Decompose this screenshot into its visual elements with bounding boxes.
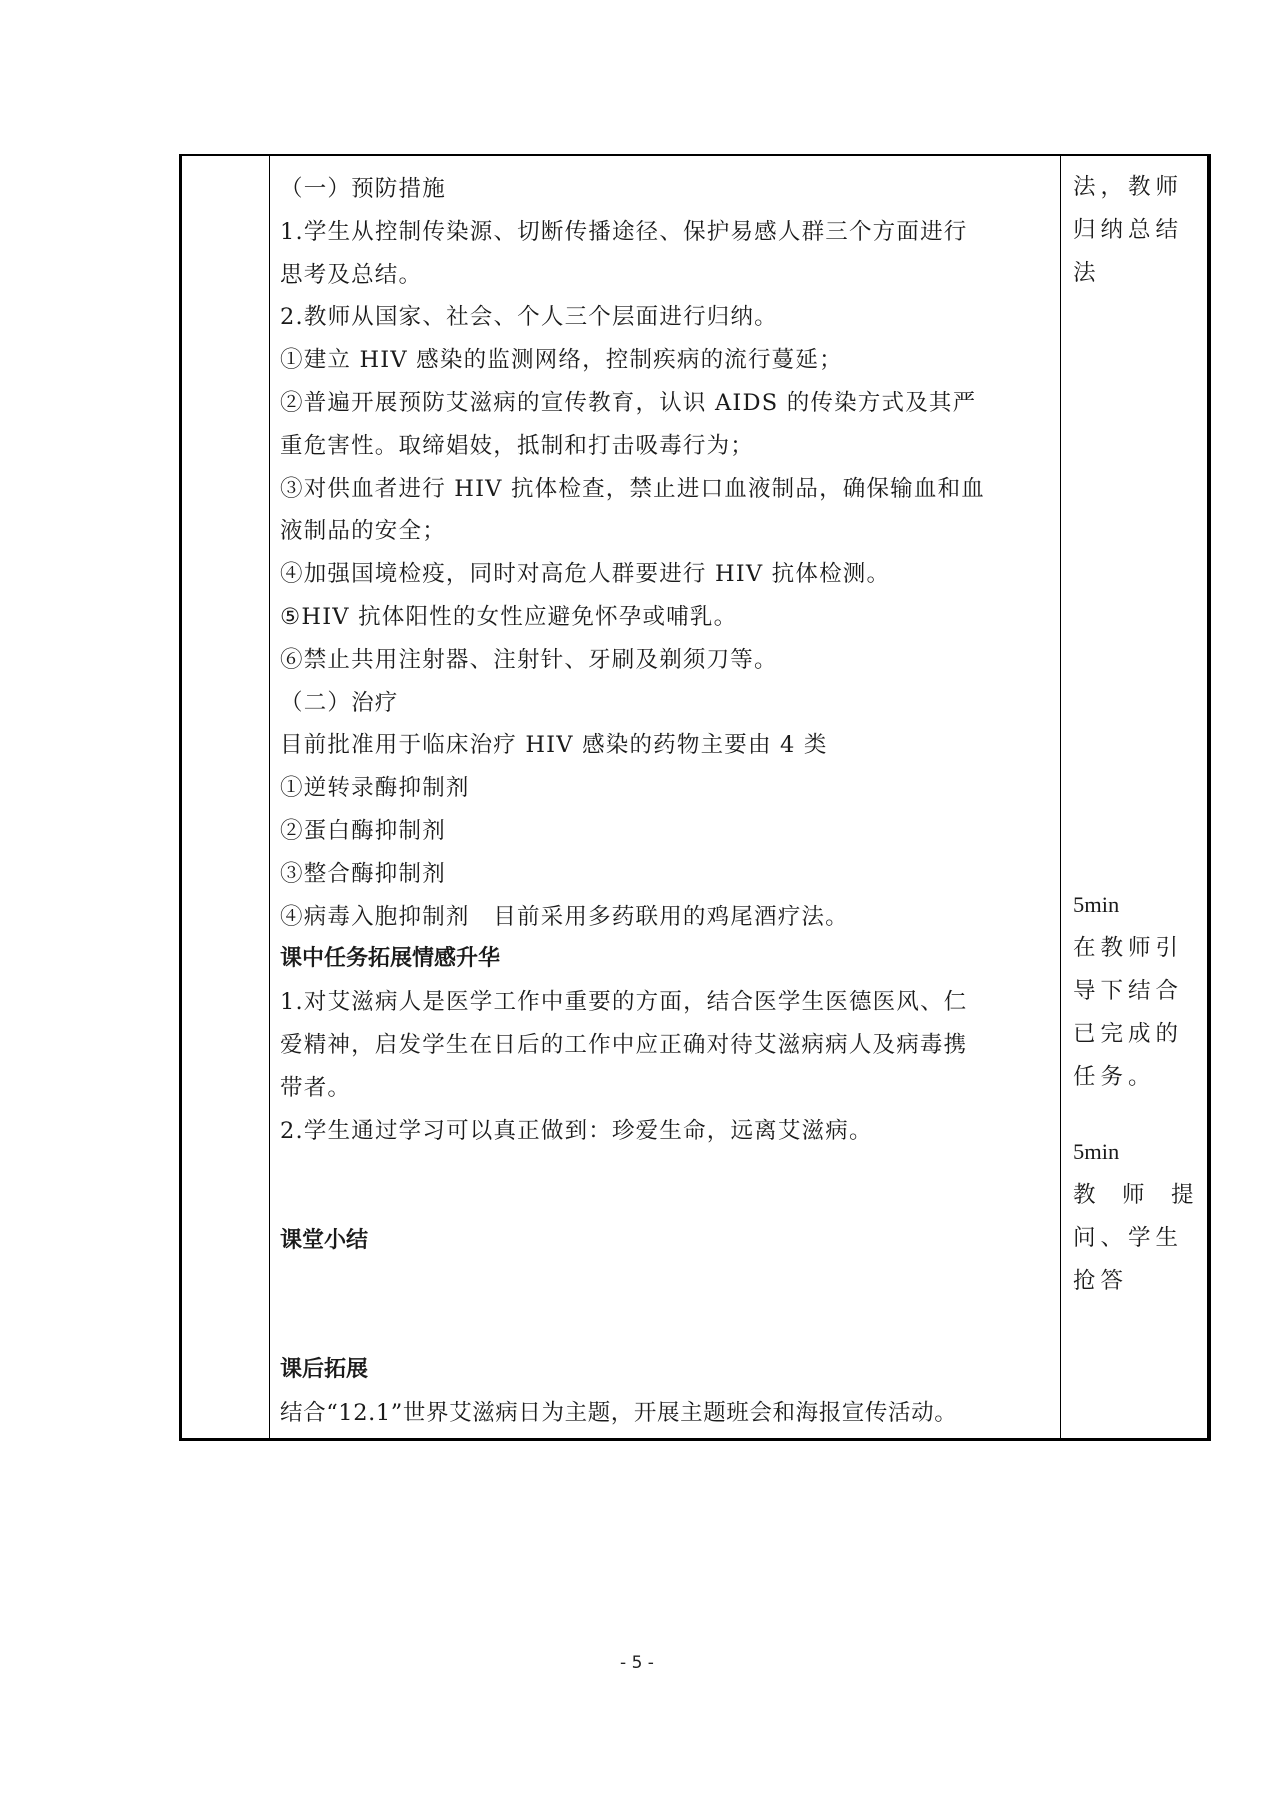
method-line: 法，教师 xyxy=(1073,166,1201,209)
spacer xyxy=(280,1263,1052,1349)
prevention-section-title: （一）预防措施 xyxy=(280,168,1052,211)
after-class-heading: 课后拓展 xyxy=(280,1349,1052,1392)
treatment-line: ②蛋白酶抑制剂 xyxy=(280,810,1052,853)
method-column-cell: 法，教师 归纳总结 法 5min 在教师引 导下结合 已完成的 任务。 5min… xyxy=(1061,155,1210,1440)
page-number: - 5 - xyxy=(0,1653,1274,1673)
prevention-line: 液制品的安全； xyxy=(280,510,1052,553)
qa-line: 教 师 提 xyxy=(1073,1174,1201,1217)
summary-heading: 课堂小结 xyxy=(280,1220,1052,1263)
table-row: （一）预防措施 1.学生从控制传染源、切断传播途径、保护易感人群三个方面进行 思… xyxy=(181,155,1210,1440)
task-guidance-line: 已完成的 xyxy=(1073,1013,1201,1056)
qa-block: 5min 教 师 提 问、学生 抢答 xyxy=(1073,1131,1201,1302)
teaching-content-cell: （一）预防措施 1.学生从控制传染源、切断传播途径、保护易感人群三个方面进行 思… xyxy=(270,155,1061,1440)
task-guidance-line: 导下结合 xyxy=(1073,970,1201,1013)
prevention-line: ④加强国境检疫，同时对高危人群要进行 HIV 抗体检测。 xyxy=(280,553,1052,596)
prevention-line: 1.学生从控制传染源、切断传播途径、保护易感人群三个方面进行 xyxy=(280,211,1052,254)
treatment-line: ③整合酶抑制剂 xyxy=(280,853,1052,896)
spacer xyxy=(1073,294,1201,884)
task-guidance-block: 5min 在教师引 导下结合 已完成的 任务。 xyxy=(1073,884,1201,1098)
extension-heading: 课中任务拓展情感升华 xyxy=(280,938,1052,981)
prevention-line: ⑥禁止共用注射器、注射针、牙刷及剃须刀等。 xyxy=(280,639,1052,682)
prevention-line: 思考及总结。 xyxy=(280,254,1052,297)
prevention-line: ⑤HIV 抗体阳性的女性应避免怀孕或哺乳。 xyxy=(280,596,1052,639)
qa-line: 问、学生 xyxy=(1073,1217,1201,1260)
time-label: 5min xyxy=(1073,884,1201,927)
prevention-line: 2.教师从国家、社会、个人三个层面进行归纳。 xyxy=(280,296,1052,339)
lesson-plan-table: （一）预防措施 1.学生从控制传染源、切断传播途径、保护易感人群三个方面进行 思… xyxy=(179,154,1211,1441)
spacer xyxy=(1073,1098,1201,1131)
prevention-line: ①建立 HIV 感染的监测网络，控制疾病的流行蔓延； xyxy=(280,339,1052,382)
after-class-text: 结合“12.1”世界艾滋病日为主题，开展主题班会和海报宣传活动。 xyxy=(280,1392,1052,1435)
spacer xyxy=(280,1152,1052,1220)
treatment-line: ①逆转录酶抑制剂 xyxy=(280,767,1052,810)
extension-line: 1.对艾滋病人是医学工作中重要的方面，结合医学生医德医风、仁 xyxy=(280,981,1052,1024)
task-guidance-line: 任务。 xyxy=(1073,1056,1201,1099)
extension-line: 2.学生通过学习可以真正做到：珍爱生命，远离艾滋病。 xyxy=(280,1110,1052,1153)
time-label: 5min xyxy=(1073,1131,1201,1174)
extension-line: 爱精神，启发学生在日后的工作中应正确对待艾滋病病人及病毒携 xyxy=(280,1024,1052,1067)
prevention-line: ③对供血者进行 HIV 抗体检查，禁止进口血液制品，确保输血和血 xyxy=(280,468,1052,511)
stage-column-cell xyxy=(181,155,270,1440)
method-block: 法，教师 归纳总结 法 xyxy=(1073,166,1201,294)
treatment-line: 目前批准用于临床治疗 HIV 感染的药物主要由 4 类 xyxy=(280,724,1052,767)
treatment-line: ④病毒入胞抑制剂 目前采用多药联用的鸡尾酒疗法。 xyxy=(280,896,1052,939)
qa-line: 抢答 xyxy=(1073,1260,1201,1303)
extension-line: 带者。 xyxy=(280,1067,1052,1110)
prevention-line: ②普遍开展预防艾滋病的宣传教育，认识 AIDS 的传染方式及其严 xyxy=(280,382,1052,425)
treatment-section-title: （二）治疗 xyxy=(280,682,1052,725)
method-line: 归纳总结 xyxy=(1073,209,1201,252)
method-line: 法 xyxy=(1073,252,1201,295)
prevention-line: 重危害性。取缔娼妓，抵制和打击吸毒行为； xyxy=(280,425,1052,468)
task-guidance-line: 在教师引 xyxy=(1073,927,1201,970)
